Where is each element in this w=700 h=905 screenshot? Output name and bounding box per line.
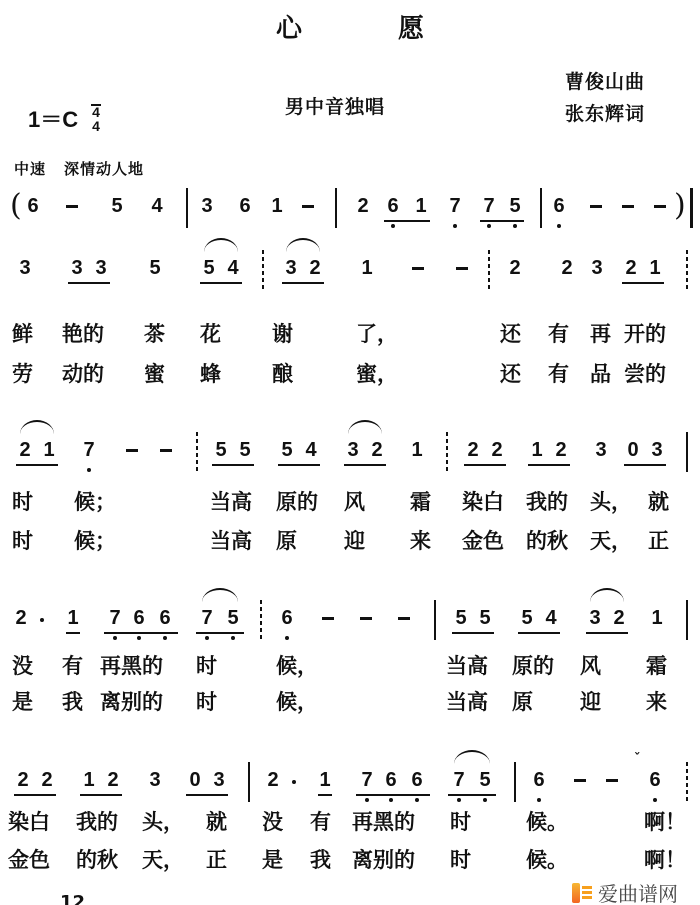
music-note-logo-icon [572,883,592,903]
lyrics-system-4-verse-2: 金色 的秋 天， 正 是 我 离别的 时 候。 啊！ [0,844,700,878]
lyrics-system-4-verse-1: 染白 我的 头， 就 没 有 再黑的 时 候。 啊！ [0,806,700,840]
tempo-marking: 中速深情动人地 [14,158,144,179]
close-paren: ) [674,188,686,224]
key-label: 1＝C [28,103,78,134]
watermark: 爱曲谱网 [572,878,678,905]
lyrics-system-1-verse-1: 鲜 艳的 茶 花 谢 了， 还 有 再 开的 [0,318,700,352]
lyrics-system-2-verse-2: 时 候； 当高 原 迎 来 金色 的秋 天， 正 [0,525,700,559]
breath-mark: ˇ [634,752,641,767]
staff-system-3: 2 1 766 75 6 55 54 32 1 [0,600,700,640]
staff-system-2: 21 7 55 54 32 1 22 12 3 03 [0,432,700,472]
staff-system-4: 22 12 3 03 2 1 766 75 6 ˇ 6 [0,762,700,802]
page-number: 12 [60,892,85,905]
tempo-expression: 深情动人地 [64,160,144,178]
song-title: 心愿 [0,8,700,45]
staff-system-1: 3 33 5 54 32 1 2 2 3 21 [0,250,700,290]
lyrics-system-3-verse-1: 没 有 再黑的 时 候， 当高 原的 风 霜 [0,650,700,684]
key-signature: 1＝C 4 4 [28,103,100,134]
intro-staff: ( 6 5 4 3 6 1 2 6 1 7 7 5 6 ) [0,188,700,228]
lyricist: 张东辉词 [565,98,645,130]
time-signature: 4 4 [92,105,100,133]
performance-type: 男中音独唱 [285,92,385,119]
title-char-2: 愿 [398,8,424,45]
watermark-text: 爱曲谱网 [598,878,678,905]
composer: 曹俊山曲 [565,66,645,98]
lyrics-system-2-verse-1: 时 候； 当高 原的 风 霜 染白 我的 头， 就 [0,486,700,520]
lyrics-system-1-verse-2: 劳 动的 蜜 蜂 酿 蜜， 还 有 品 尝的 [0,358,700,392]
open-paren: ( [10,188,22,224]
tempo-speed: 中速 [14,160,46,178]
lyrics-system-3-verse-2: 是 我 离别的 时 候， 当高 原 迎 来 [0,686,700,720]
credits: 曹俊山曲 张东辉词 [565,66,645,130]
title-char-1: 心 [276,8,302,45]
